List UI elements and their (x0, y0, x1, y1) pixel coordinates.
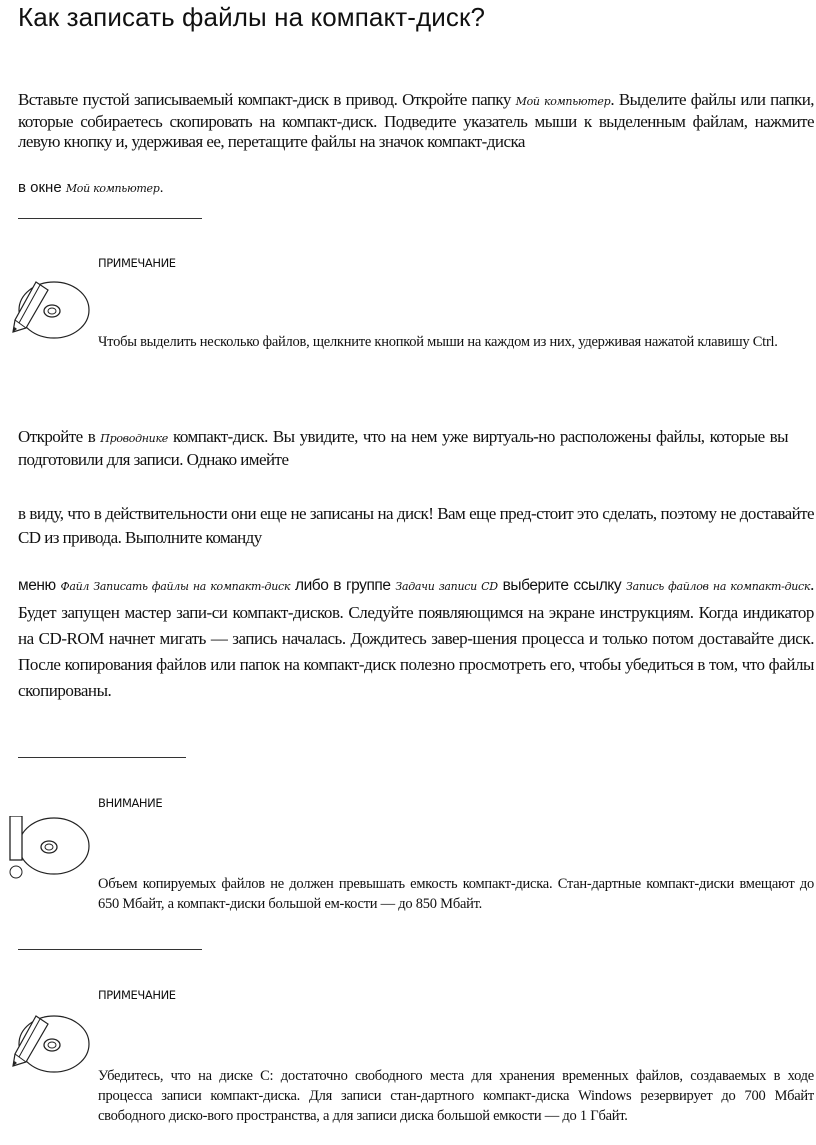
window-paragraph: в окне Мой компьютер. (18, 177, 518, 199)
pencil-cd-icon (6, 278, 92, 342)
separator (18, 949, 202, 950)
window-text: в окне (18, 179, 66, 196)
burn-text-cont: . Будет запущен мастер запи-си компакт-д… (18, 575, 814, 700)
burn-link-term: Запись файлов на компакт-диск (626, 580, 810, 593)
my-computer-term: Мой компьютер (516, 95, 611, 108)
note-text: Чтобы выделить несколько файлов, щелкнит… (98, 332, 788, 352)
burn-paragraph: меню Файл Записать файлы на компакт-диск… (18, 572, 814, 704)
note-text: Убедитесь, что на диске С: достаточно св… (98, 1066, 814, 1126)
note-heading: ПРИМЕЧАНИЕ (98, 256, 176, 270)
explorer-paragraph: Откройте в Проводнике компакт-диск. Вы у… (18, 426, 788, 470)
page-title: Как записать файлы на компакт-диск? (18, 2, 485, 33)
reminder-paragraph: в виду, что в действительности они еще н… (18, 502, 814, 550)
cd-tasks-term: Задачи записи CD (395, 580, 497, 593)
my-computer-term: Мой компьютер (66, 182, 160, 195)
link-text: выберите ссылку (498, 577, 626, 594)
explorer-term: Проводнике (100, 432, 168, 445)
explorer-text: Откройте в (18, 427, 100, 446)
separator (18, 757, 186, 758)
note-heading: ПРИМЕЧАНИЕ (98, 988, 176, 1002)
intro-text: Вставьте пустой записываемый компакт-дис… (18, 90, 516, 109)
exclamation-cd-icon (6, 816, 92, 888)
pencil-cd-icon (6, 1012, 92, 1076)
warning-text: Объем копируемых файлов не должен превыш… (98, 874, 814, 914)
window-text-end: . (159, 179, 163, 196)
menu-command-term: Файл Записать файлы на компакт-диск (61, 580, 291, 593)
separator (18, 218, 202, 219)
intro-paragraph: Вставьте пустой записываемый компакт-дис… (18, 90, 814, 152)
menu-text: меню (18, 577, 61, 594)
warning-heading: ВНИМАНИЕ (98, 796, 162, 810)
group-text: либо в группе (290, 577, 395, 594)
